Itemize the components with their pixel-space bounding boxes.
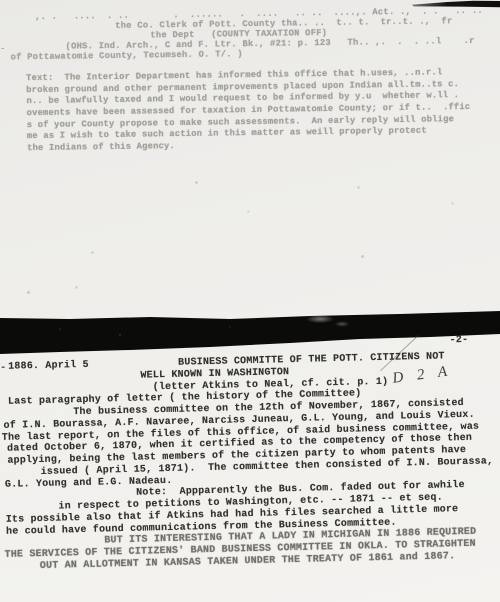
scan-speckles — [0, 0, 1, 1]
handwritten-annotation: D 2 A — [392, 366, 453, 385]
entry-block: -2- - 1886. April 5 BUSINESS COMMITTE OF… — [0, 350, 500, 573]
faint-header-block: ,. . .... . .. . ...... . .... .. .. ...… — [0, 6, 500, 63]
faint-memo-paragraph: Text: The Interior Department has inform… — [0, 67, 500, 156]
scanned-document-page: - ,. . .... . .. . ...... . .... .. .. .… — [0, 0, 500, 602]
page-number: -2- — [450, 335, 469, 346]
